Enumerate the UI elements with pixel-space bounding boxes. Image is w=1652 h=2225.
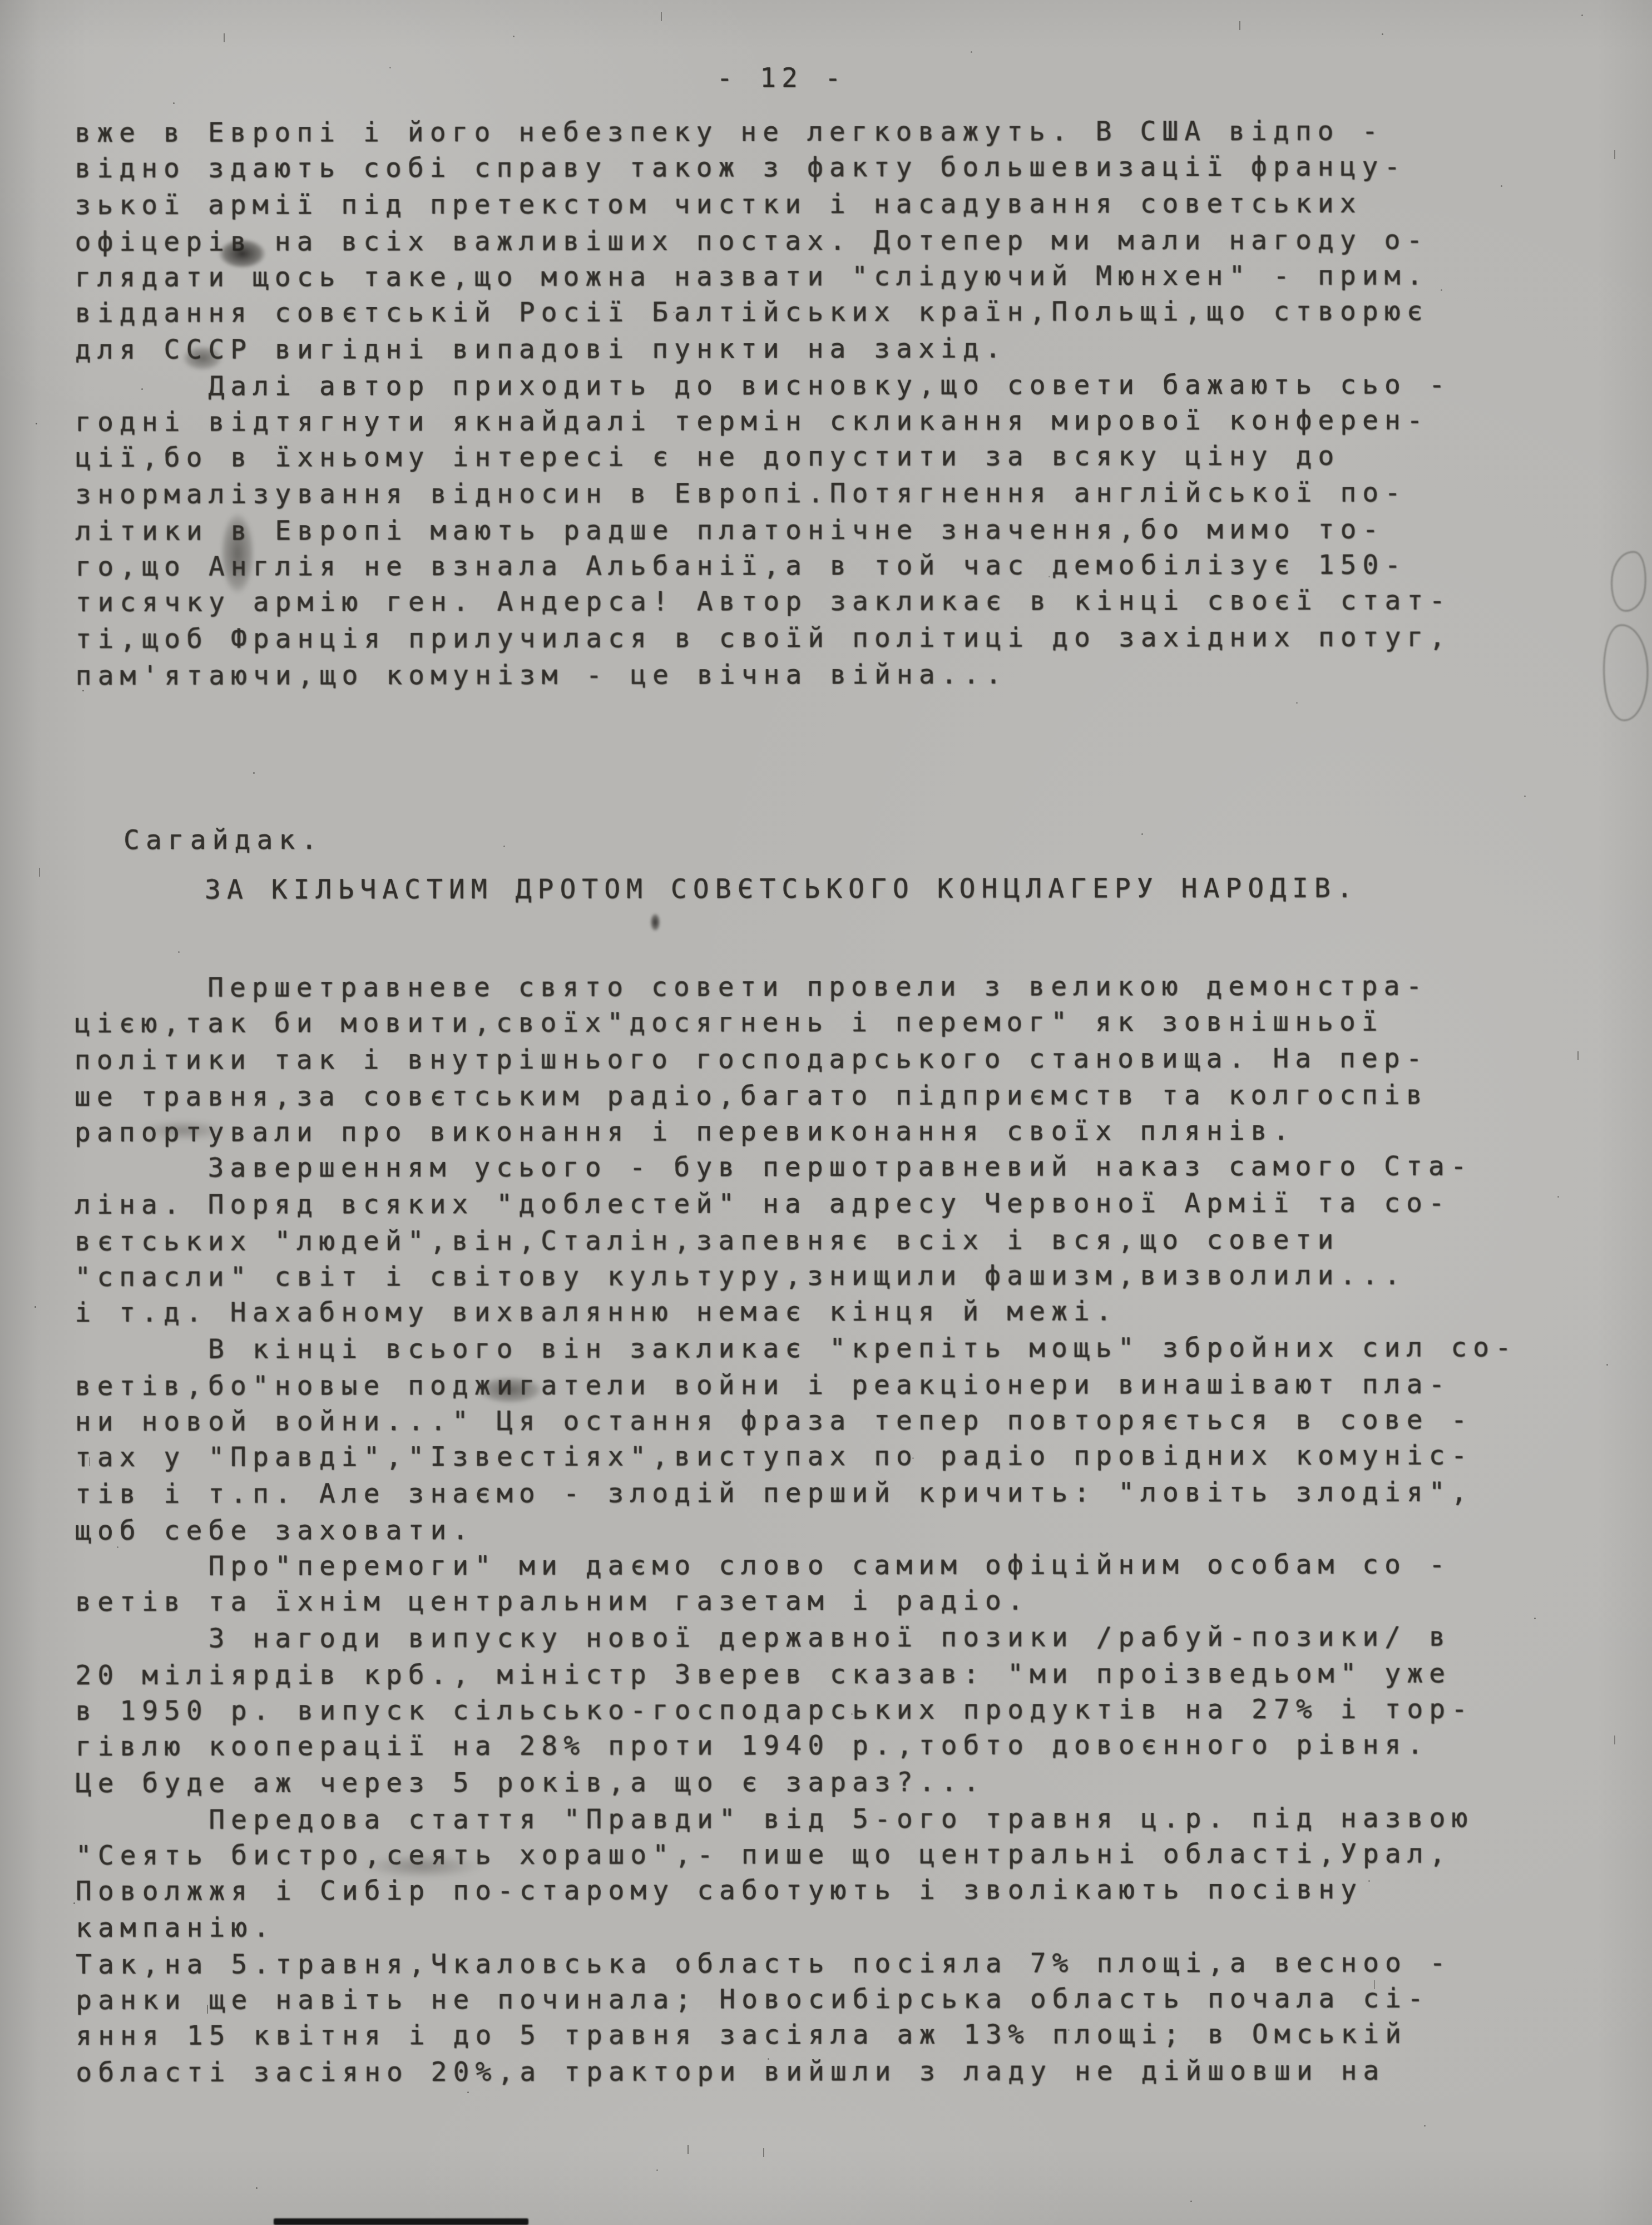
text-line: ліна. Поряд всяких "доблестей" на адресу… (75, 1185, 1517, 1223)
text-line: і т.д. Нахабному вихвалянню немає кінця … (75, 1293, 1517, 1331)
article-title: ЗА КІЛЬЧАСТИМ ДРОТОМ СОВЄТСЬКОГО КОНЦЛАГ… (205, 871, 1359, 908)
text-line: пам'ятаючи,що комунізм - це вічна війна.… (76, 656, 1452, 694)
text-line: гівлю кооперації на 28% проти 1940 р.,то… (75, 1727, 1517, 1765)
text-line: Про"перемоги" ми даємо слово самим офіці… (75, 1546, 1517, 1585)
article-main-text: Першетравневе свято совети провели з вел… (75, 968, 1519, 2091)
text-line: Це буде аж через 5 років,а що є зараз?..… (76, 1763, 1518, 1802)
text-line: Поволжжя і Сибір по-старому саботують і … (76, 1871, 1518, 1910)
text-line: тах у "Правді","Ізвестіях",виступах по р… (75, 1437, 1517, 1476)
text-line: ції,бо в їхньому інтересі є не допустити… (75, 438, 1451, 476)
text-line: З нагоди випуску нової державної позики … (75, 1619, 1517, 1657)
text-line: Першетравневе свято совети провели з вел… (75, 968, 1517, 1006)
text-line: вєтських "людей",він,Сталін,запевняє всі… (75, 1222, 1517, 1260)
text-line: віддання совєтській Росії Балтійських кр… (75, 293, 1451, 331)
text-line: в 1950 р. випуск сільсько-господарських … (75, 1691, 1517, 1729)
scan-edge-mark (274, 2218, 528, 2225)
text-line: глядати щось таке,що можна назвати "слід… (75, 258, 1451, 295)
text-line: ше травня,за совєтським радіо,багато під… (75, 1077, 1517, 1115)
text-line: годні відтягнути якнайдалі термін склика… (75, 402, 1451, 440)
text-line: рапортували про виконання і перевиконанн… (75, 1112, 1517, 1151)
text-line: ветів,бо"новые поджигатели войни і реакц… (75, 1366, 1517, 1405)
text-line: тів і т.п. Але знаємо - злодій перший кр… (75, 1474, 1517, 1512)
text-line: літики в Европі мають радше платонічне з… (75, 511, 1451, 549)
text-line: "Сеять бистро,сеять хорашо",- пише що це… (76, 1836, 1518, 1874)
text-line: Передова стаття "Правди" від 5-ого травн… (76, 1800, 1518, 1838)
page-number: - 12 - (693, 62, 870, 93)
text-line: для СССР вигідні випадові пункти на захі… (75, 330, 1451, 368)
text-line: яння 15 квітня і до 5 травня засіяла аж … (76, 2016, 1518, 2054)
text-line: вже в Европі і його небезпеку не легкова… (75, 113, 1451, 151)
text-line: кампанію. (76, 1908, 1518, 1946)
text-line: щоб себе заховати. (75, 1511, 1517, 1549)
text-line: 20 міліярдів крб., міністр Зверев сказав… (75, 1655, 1517, 1694)
paper-scratches (0, 0, 1, 9)
text-line: відно здають собі справу також з факту б… (75, 149, 1451, 186)
text-line: політики так і внутрішнього господарсько… (75, 1040, 1517, 1079)
text-line: Далі автор приходить до висновку,що сове… (75, 367, 1451, 404)
text-line: тисячку армію ген. Андерса! Автор заклик… (75, 582, 1451, 620)
article-previous-text: вже в Европі і його небезпеку не легкова… (75, 113, 1451, 693)
text-line: Завершенням усього - був першотравневий … (75, 1148, 1517, 1186)
text-line: В кінці всього він закликає "крепіть мощ… (75, 1329, 1517, 1368)
text-line: області засіяно 20%,а трактори вийшли з … (76, 2053, 1518, 2091)
text-line: ранки ще навіть не починала; Новосибірсь… (76, 1980, 1518, 2019)
text-line: ни новой войни..." Ця остання фраза тепе… (75, 1402, 1517, 1440)
text-line: офіцерів на всіх важливіших постах. Доте… (75, 222, 1451, 260)
author-byline: Сагайдак. (123, 822, 323, 859)
text-line: Так,на 5.травня,Чкаловська область посія… (76, 1945, 1518, 1983)
stain-ring (1608, 549, 1649, 614)
ink-speck (649, 910, 662, 934)
text-line: ті,щоб Франція прилучилася в своїй політ… (76, 619, 1452, 657)
text-line: ветів та їхнім центральним газетам і рад… (75, 1582, 1517, 1620)
text-line: го,що Англія не взнала Альбанії,а в той … (75, 547, 1451, 585)
text-line: цією,так би мовити,своїх"досягнень і пер… (75, 1003, 1517, 1042)
text-line: зької армії під претекстом чистки і наса… (75, 185, 1451, 223)
text-line: "спасли" світ і світову культуру,знищили… (75, 1257, 1517, 1296)
text-line: знормалізування відносин в Европі.Потягн… (75, 474, 1451, 512)
scanned-page: - 12 - вже в Европі і його небезпеку не … (0, 0, 1652, 2225)
stain-ring (1600, 622, 1652, 722)
